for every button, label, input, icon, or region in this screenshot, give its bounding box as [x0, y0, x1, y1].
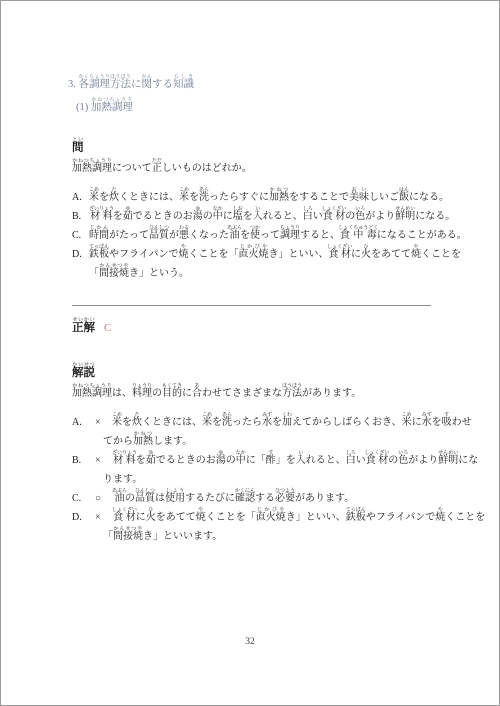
- page-number: 32: [1, 637, 499, 647]
- item-letter: B.: [72, 451, 95, 470]
- explanation-item-a: A. × 米こめを炊たくときには、米こめを洗あらったら水みずを加くわえてからしば…: [72, 413, 485, 451]
- option-text: 米こめを炊たくときには、米こめを洗あらったらすぐに加熱かねつをすることで美味おい…: [89, 188, 449, 207]
- explanation-item-d: D. × 食材しょくざいに火ひをあてて焼やくことを「直火焼じかびやき」といい、鉄…: [72, 508, 485, 546]
- option-text: 時間じかんがたって品質ひんしつが悪わるくなった油あぶらを使つかって調理ちょうりす…: [89, 226, 467, 245]
- question-option-b: B. 材料ざいりょうを茹ゆでるときのお湯ゆの中なかに塩しおを入いれると、白しろい…: [72, 207, 467, 226]
- item-letter: C.: [72, 489, 95, 508]
- explanation-label: 解説かいせつ: [72, 363, 95, 383]
- item-text: 材料ざいりょうを茹ゆでるときのお湯ゆの中なかに「酢す」を入いれると、白しろい食材…: [112, 451, 478, 489]
- option-text: 鉄板てっぱんやフライパンで焼やくことを「直火焼じかびやき」といい、食材しょくざい…: [89, 245, 461, 283]
- circle-mark: ○: [95, 489, 112, 508]
- question-option-d: D. 鉄板てっぱんやフライパンで焼やくことを「直火焼じかびやき」といい、食材しょ…: [72, 245, 467, 283]
- section-divider: [72, 305, 431, 306]
- question-prompt: 加熱調理かねつちょうりについて正ただしいものはどれか。: [72, 159, 252, 178]
- answer-value: C: [104, 318, 111, 338]
- option-letter: B.: [72, 207, 89, 226]
- option-text: 材料ざいりょうを茹ゆでるときのお湯ゆの中なかに塩しおを入いれると、白しろい食材し…: [89, 207, 455, 226]
- question-option-a: A. 米こめを炊たくときには、米こめを洗あらったらすぐに加熱かねつをすることで美…: [72, 188, 467, 207]
- explanation-items: A. × 米こめを炊たくときには、米こめを洗あらったら水みずを加くわえてからしば…: [72, 413, 485, 546]
- option-letter: D.: [72, 245, 89, 264]
- option-letter: C.: [72, 226, 89, 245]
- question-option-c: C. 時間じかんがたって品質ひんしつが悪わるくなった油あぶらを使つかって調理ちょ…: [72, 226, 467, 245]
- item-text: 米こめを炊たくときには、米こめを洗あらったら水みずを加くわえてからしばらくおき、…: [112, 413, 472, 451]
- explanation-item-c: C. ○ 油あぶらの品質ひんしつは使用しようするたびに確認かくにんする必要ひつよ…: [72, 489, 485, 508]
- question-options: A. 米こめを炊たくときには、米こめを洗あらったらすぐに加熱かねつをすることで美…: [72, 188, 467, 283]
- section-heading: 3. 各調理方法かくちょうりほうほうに関かんする知識ちしき: [68, 75, 194, 94]
- document-page: 3. 各調理方法かくちょうりほうほうに関かんする知識ちしき (1) 加熱調理かね…: [0, 0, 500, 706]
- question-label: 問とい: [72, 138, 84, 158]
- cross-mark: ×: [95, 508, 112, 527]
- explanation-item-b: B. × 材料ざいりょうを茹ゆでるときのお湯ゆの中なかに「酢す」を入いれると、白…: [72, 451, 485, 489]
- item-text: 食材しょくざいに火ひをあてて焼やくことを「直火焼じかびやき」といい、鉄板てっぱん…: [112, 508, 485, 546]
- answer-row: 正解せいかい C: [72, 318, 111, 338]
- cross-mark: ×: [95, 413, 112, 432]
- answer-label: 正解せいかい: [72, 318, 95, 338]
- explanation-intro: 加熱調理かねつちょうりは、料理りょうりの目的もくてきに合あわせてさまざまな方法ほ…: [72, 384, 361, 403]
- subsection-heading: (1) 加熱調理かねつちょうり: [76, 98, 133, 117]
- item-letter: A.: [72, 413, 95, 432]
- item-letter: D.: [72, 508, 95, 527]
- item-text: 油あぶらの品質ひんしつは使用しようするたびに確認かくにんする必要ひつようがありま…: [112, 489, 354, 508]
- cross-mark: ×: [95, 451, 112, 470]
- option-letter: A.: [72, 188, 89, 207]
